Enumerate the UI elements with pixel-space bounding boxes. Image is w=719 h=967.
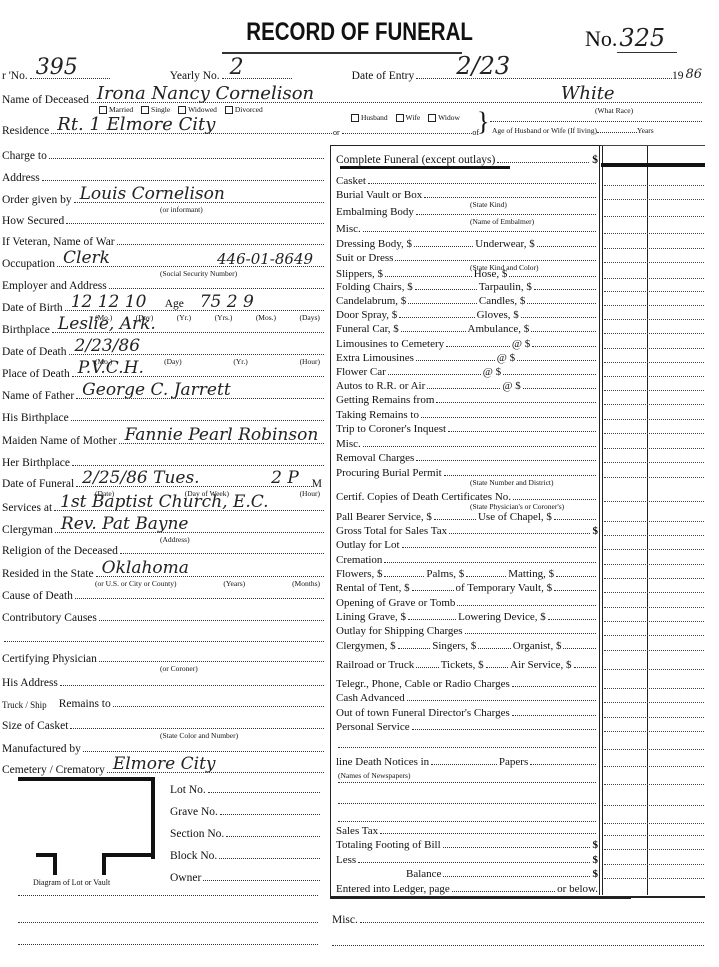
charge-field[interactable] [534, 289, 596, 290]
lot-diagram-caption: Diagram of Lot or Vault [33, 878, 110, 887]
charge-field[interactable] [530, 764, 596, 765]
charge-row-personal-service: Personal Service [336, 720, 598, 733]
charge-label: Palms, $ [426, 568, 464, 580]
field-row-if-veteran-name-of-war: If Veteran, Name of War [2, 228, 324, 248]
place-of-death-field[interactable]: P.V.C.H. [72, 375, 324, 377]
lot-field-block-no: Block No. [170, 842, 320, 862]
charge-field[interactable] [338, 782, 596, 783]
amount-line[interactable] [604, 687, 704, 689]
charge-row-totaling-footing-of-bill: Totaling Footing of Bill$ [336, 838, 598, 851]
charge-label: Tickets, $ [441, 659, 484, 671]
amount-line[interactable] [604, 877, 704, 879]
field-row-how-secured: How Secured [2, 207, 324, 227]
charge-label: Hose, $ [474, 268, 508, 280]
charge-label: Clergymen, $ [336, 640, 396, 652]
charge-row-cash-advanced: Cash Advanced [336, 691, 598, 704]
date-of-funeral-field[interactable]: 2/25/86 Tues.2 P [76, 485, 312, 487]
charge-field[interactable] [427, 388, 500, 389]
charge-field[interactable] [563, 648, 596, 649]
charge-label: Dressing Body, $ [336, 238, 412, 250]
charge-field[interactable] [452, 891, 555, 892]
charge-row-suit-or-dress: Suit or Dress [336, 251, 598, 264]
certifying-physician-field[interactable] [99, 660, 324, 662]
of-label: of [472, 128, 479, 137]
services-at-label: Services at [2, 502, 52, 514]
blank-field[interactable] [4, 640, 324, 642]
charge-field[interactable] [574, 667, 596, 668]
amount-line[interactable] [604, 215, 704, 217]
charge-row-out-of-town-funeral-director-s-charges: Out of town Funeral Director's Charges [336, 706, 598, 719]
amount-line[interactable] [604, 447, 704, 449]
charge-field[interactable] [554, 590, 596, 591]
maiden-name-of-mother-field[interactable]: Fannie Pearl Robinson [119, 442, 324, 444]
amount-line[interactable] [604, 848, 704, 850]
date-of-birth-label: Date of Birth [2, 302, 63, 314]
record-number-value[interactable]: 325 [617, 24, 677, 53]
charge-label: Cash Advanced [336, 692, 405, 704]
charge-row-dressing-body: Dressing Body, $Underwear, $ [336, 237, 598, 250]
amount-line[interactable] [604, 577, 704, 579]
if-veteran-name-of-war-field[interactable] [117, 243, 324, 245]
age-value: 75 2 9 [200, 292, 254, 312]
charge-label: Totaling Footing of Bill [336, 839, 441, 851]
order-given-by-field[interactable]: Louis Cornelison [74, 201, 324, 203]
charge-field[interactable] [503, 374, 596, 375]
charge-field[interactable] [448, 431, 596, 432]
clergyman-field[interactable]: Rev. Pat Bayne [55, 531, 324, 533]
charge-field[interactable] [512, 715, 596, 716]
date-of-funeral-label: Date of Funeral [2, 478, 74, 490]
charge-field[interactable] [436, 402, 596, 403]
charge-label: Lowering Device, $ [458, 611, 546, 623]
amount-column-top [601, 145, 705, 146]
charge-field[interactable] [548, 619, 596, 620]
charge-field[interactable] [408, 303, 477, 304]
bottom-line-2[interactable] [18, 922, 318, 923]
religion-of-the-deceased-label: Religion of the Deceased [2, 545, 118, 557]
charge-label: Door Spray, $ [336, 309, 397, 321]
charge-label: Misc. [336, 438, 361, 450]
field-row-employer-and-address: Employer and Address [2, 272, 324, 292]
charge-field[interactable] [513, 499, 596, 500]
charge-to-label: Charge to [2, 150, 47, 162]
amount-line[interactable] [604, 620, 704, 622]
charge-row-slippers: Slippers, $Hose, $ [336, 267, 598, 280]
charge-field[interactable] [363, 446, 596, 447]
charge-row-sales-tax: Sales Tax [336, 824, 598, 837]
occupation-label: Occupation [2, 258, 55, 270]
age-spouse-field[interactable] [597, 132, 637, 133]
record-number: No.325 [585, 24, 677, 52]
charge-row-burial-vault-or-box: Burial Vault or Box [336, 188, 598, 201]
charge-field[interactable] [401, 331, 466, 332]
charge-field[interactable] [412, 729, 596, 730]
charge-field[interactable] [414, 246, 473, 247]
amount-line[interactable] [604, 804, 704, 806]
charge-field[interactable] [486, 667, 508, 668]
name-of-deceased-label: Name of Deceased [2, 94, 89, 106]
charge-field[interactable] [412, 590, 454, 591]
field-row-place-of-death: Place of DeathP.V.C.H. [2, 360, 324, 380]
charge-field[interactable] [554, 519, 596, 520]
amount-line[interactable] [604, 606, 704, 608]
charge-field[interactable] [457, 605, 596, 606]
charge-field[interactable] [431, 764, 497, 765]
amount-line[interactable] [604, 261, 704, 263]
his-address-field[interactable] [60, 684, 324, 686]
charge-label: Opening of Grave or Tomb [336, 597, 455, 609]
field-row-contributory-causes: Contributory Causes [2, 604, 324, 624]
amount-line[interactable] [604, 783, 704, 785]
charge-field[interactable] [449, 533, 589, 534]
dollar-sign: $ [593, 868, 599, 880]
clergyman-value: Rev. Pat Bayne [61, 514, 189, 534]
amount-line[interactable] [604, 277, 704, 279]
misc-bottom-row: Misc. [332, 906, 704, 926]
owner-field[interactable] [203, 879, 320, 881]
amount-line[interactable] [604, 748, 704, 750]
charge-field[interactable] [363, 231, 596, 232]
amount-line[interactable] [604, 649, 704, 651]
charge-row-getting-remains-from: Getting Remains from [336, 393, 598, 406]
charge-field[interactable] [465, 633, 596, 634]
amount-line[interactable] [604, 476, 704, 478]
owner-label: Owner [170, 872, 201, 884]
charge-field[interactable] [416, 214, 596, 215]
resided-in-the-state-value: Oklahoma [102, 558, 189, 578]
charge-label: Candles, $ [479, 295, 525, 307]
amount-line[interactable] [604, 634, 704, 636]
date-of-death-value: 2/23/86 [75, 336, 141, 356]
charge-label: Outlay for Lot [336, 539, 400, 551]
charge-row-complete-funeral-except-outlays: Complete Funeral (except outlays)$ [336, 153, 598, 166]
charge-row-outlay-for-shipping-charges: Outlay for Shipping Charges [336, 624, 598, 637]
contributory-causes-label: Contributory Causes [2, 612, 97, 624]
amount-line[interactable] [604, 863, 704, 865]
title-underline [222, 52, 462, 54]
amount-line[interactable] [604, 730, 704, 732]
charge-label: Burial Vault or Box [336, 189, 422, 201]
charge-field[interactable] [416, 360, 495, 361]
or-label: or [333, 128, 340, 137]
charge-field[interactable] [424, 197, 596, 198]
charge-field[interactable] [443, 847, 590, 848]
charge-field[interactable] [466, 576, 506, 577]
charge-label: Candelabrum, $ [336, 295, 406, 307]
charge-label: Papers [499, 756, 528, 768]
charge-to-field[interactable] [49, 157, 324, 159]
amount-line[interactable] [604, 184, 704, 186]
charge-field[interactable] [402, 547, 596, 548]
bottom-line-3[interactable] [18, 944, 318, 945]
charge-row-funeral-car: Funeral Car, $Ambulance, $ [336, 322, 598, 335]
divorced-label: Divorced [235, 105, 263, 114]
charge-field[interactable] [532, 346, 596, 347]
spouse-name-field[interactable] [342, 132, 473, 134]
clergyman-label: Clergyman [2, 524, 53, 536]
lot-field-grave-no: Grave No. [170, 798, 320, 818]
charge-field[interactable] [384, 576, 424, 577]
charge-field[interactable] [434, 519, 476, 520]
race-value: White [561, 83, 615, 104]
charge-row-cremation: Cremation [336, 553, 598, 566]
place-of-death-value: P.V.C.H. [78, 358, 144, 378]
charge-field[interactable] [398, 648, 431, 649]
year-value[interactable]: 86 [685, 67, 702, 82]
charge-field[interactable] [338, 803, 596, 804]
name-of-deceased-value: Irona Nancy Cornelison [97, 83, 314, 104]
birthplace-label: Birthplace [2, 324, 50, 336]
charge-field[interactable] [444, 475, 596, 476]
amount-line[interactable] [604, 318, 704, 320]
charge-field[interactable] [385, 276, 472, 277]
charge-row-candelabrum: Candelabrum, $Candles, $ [336, 294, 598, 307]
her-birthplace-label: Her Birthplace [2, 457, 70, 469]
amount-line[interactable] [604, 403, 704, 405]
field-row-date-of-birth: Date of Birth12 12 10Age75 2 9 [2, 294, 324, 314]
charge-field[interactable] [407, 700, 596, 701]
charge-field[interactable] [384, 562, 596, 563]
field-row-cause-of-death: Cause of Death [2, 582, 324, 602]
amount-line[interactable] [604, 591, 704, 593]
charge-row-procuring-burial-permit: Procuring Burial Permit [336, 466, 598, 479]
date-of-death-field[interactable]: 2/23/86 [69, 353, 325, 355]
how-secured-field[interactable] [66, 222, 324, 224]
religion-of-the-deceased-field[interactable] [120, 552, 324, 554]
amount-line[interactable] [604, 668, 704, 670]
amount-column-thick-rule [601, 163, 705, 167]
amount-line[interactable] [604, 304, 704, 306]
amount-line[interactable] [604, 432, 704, 434]
divorced-checkbox[interactable] [225, 106, 233, 114]
charge-label: Out of town Funeral Director's Charges [336, 707, 510, 719]
amount-line[interactable] [604, 701, 704, 703]
amount-line[interactable] [604, 834, 704, 836]
amount-line[interactable] [604, 361, 704, 363]
charge-label: Getting Remains from [336, 394, 434, 406]
charge-row-autos-to-r-r-or-air: Autos to R.R. or Air@ $ [336, 379, 598, 392]
bottom-line-1[interactable] [18, 895, 318, 896]
charge-field[interactable] [358, 862, 589, 863]
birthplace-field[interactable]: Leslie, Ark. [52, 331, 324, 333]
how-secured-label: How Secured [2, 215, 64, 227]
charge-label: or below. [557, 883, 598, 895]
cause-of-death-field[interactable] [75, 597, 324, 599]
no-label: r 'No. [2, 70, 28, 82]
charge-row-balance: Balance$ [336, 867, 598, 880]
contributory-causes-field[interactable] [99, 619, 324, 621]
birthplace-value: Leslie, Ark. [58, 314, 156, 334]
cemetery-crematory-value: Elmore City [113, 754, 216, 774]
charge-label: Organist, $ [513, 640, 562, 652]
occupation-value: Clerk [63, 248, 110, 268]
charge-field[interactable] [395, 260, 596, 261]
amount-line[interactable] [604, 418, 704, 420]
certifying-physician-label: Certifying Physician [2, 653, 97, 665]
if-veteran-name-of-war-label: If Veteran, Name of War [2, 236, 115, 248]
spouse-age-line[interactable] [490, 121, 702, 122]
charge-label: Pall Bearer Service, $ [336, 511, 432, 523]
order-given-by-value: Louis Cornelison [80, 184, 225, 204]
charge-field[interactable] [517, 360, 596, 361]
field-row-her-birthplace: Her Birthplace [2, 449, 324, 469]
amount-line[interactable] [604, 716, 704, 718]
lot-no-field[interactable] [208, 791, 320, 793]
amount-line[interactable] [604, 500, 704, 502]
no-field[interactable]: 395 [30, 77, 110, 79]
date-of-funeral-value: 2/25/86 Tues. [82, 468, 199, 488]
amount-line[interactable] [604, 375, 704, 377]
grave-no-field[interactable] [220, 813, 320, 815]
charge-field[interactable] [421, 417, 596, 418]
charge-label: Use of Chapel, $ [478, 511, 552, 523]
charge-field[interactable] [416, 667, 438, 668]
charge-field[interactable] [415, 289, 477, 290]
section-no-label: Section No. [170, 828, 224, 840]
charge-label: Gross Total for Sales Tax [336, 525, 447, 537]
charge-label: Outlay for Shipping Charges [336, 625, 463, 637]
charge-field[interactable] [338, 821, 596, 822]
amount-line[interactable] [604, 822, 704, 824]
cemetery-crematory-label: Cemetery / Crematory [2, 764, 105, 776]
field-row-cemetery-crematory: Cemetery / CrematoryElmore City [2, 756, 324, 776]
charge-label: Autos to R.R. or Air [336, 380, 425, 392]
charge-label: Matting, $ [508, 568, 554, 580]
manufactured-by-field[interactable] [83, 750, 324, 752]
date-of-birth-field[interactable]: 12 12 10Age75 2 9 [65, 309, 324, 311]
name-of-father-field[interactable]: George C. Jarrett [76, 397, 324, 399]
age-label: Age [165, 298, 184, 310]
charge-row-outlay-for-lot: Outlay for Lot [336, 538, 598, 551]
cause-of-death-label: Cause of Death [2, 590, 73, 602]
amount-line[interactable] [604, 232, 704, 234]
section-no-field[interactable] [226, 835, 320, 837]
charge-label: Rental of Tent, $ [336, 582, 410, 594]
record-number-label: No. [585, 26, 617, 51]
charge-field[interactable] [512, 686, 596, 687]
charge-label: Casket [336, 175, 366, 187]
amount-line[interactable] [604, 548, 704, 550]
lot-diagram [18, 777, 155, 859]
charge-field[interactable] [443, 876, 589, 877]
amount-line[interactable] [604, 461, 704, 463]
charge-label: @ $ [512, 338, 530, 350]
employer-and-address-field[interactable] [109, 287, 324, 289]
amount-line[interactable] [604, 247, 704, 249]
amount-line[interactable] [604, 520, 704, 522]
field-row-address: Address [2, 164, 324, 184]
block-no-field[interactable] [219, 857, 320, 859]
charge-label: Folding Chairs, $ [336, 281, 413, 293]
charge-label: of Temporary Vault, $ [456, 582, 553, 594]
charge-row-extra-limousines: Extra Limousines@ $ [336, 351, 598, 364]
charge-field[interactable] [478, 648, 511, 649]
cemetery-crematory-field[interactable]: Elmore City [107, 771, 324, 773]
charge-field[interactable] [338, 747, 596, 748]
charge-row-telegr-phone-cable-or-radio-charges: Telegr., Phone, Cable or Radio Charges [336, 677, 598, 690]
yearly-no-field[interactable]: 2 [222, 77, 292, 79]
charge-field[interactable] [556, 576, 596, 577]
charge-row-blank [336, 738, 598, 751]
charge-field[interactable] [446, 346, 510, 347]
charge-label: Air Service, $ [510, 659, 571, 671]
field-row-charge-to: Charge to [2, 142, 324, 162]
no-value: 395 [36, 55, 78, 80]
resided-in-the-state-field[interactable]: Oklahoma [96, 575, 324, 577]
his-birthplace-field[interactable] [71, 419, 324, 421]
charge-row-less: Less$ [336, 853, 598, 866]
size-of-casket-label: Size of Casket [2, 720, 68, 732]
field-row-blank [2, 625, 324, 645]
charge-label: Personal Service [336, 721, 410, 733]
married-label: Married [109, 105, 133, 114]
size-of-casket-field[interactable] [70, 727, 324, 729]
charge-field[interactable] [531, 331, 596, 332]
name-of-deceased-field[interactable]: Irona Nancy CornelisonWhite [91, 101, 702, 103]
amount-line[interactable] [604, 347, 704, 349]
amount-line[interactable] [604, 389, 704, 391]
charge-field[interactable] [368, 183, 596, 184]
amount-line[interactable] [604, 563, 704, 565]
residence-field[interactable]: Rt. 1 Elmore City [51, 132, 332, 134]
misc-bottom-field[interactable] [360, 921, 704, 923]
charge-row-line-death-notices-in: line Death Notices inPapers [336, 755, 598, 768]
field-row-manufactured-by: Manufactured by [2, 735, 324, 755]
charge-label: Limousines to Cemetery [336, 338, 444, 350]
amount-line[interactable] [604, 332, 704, 334]
residence-row: Residence Rt. 1 Elmore City [2, 117, 332, 137]
charge-row-blank [336, 794, 598, 807]
charge-field[interactable] [399, 317, 474, 318]
charge-field[interactable] [380, 833, 596, 834]
date-of-entry-label: Date of Entry [352, 70, 415, 82]
manufactured-by-label: Manufactured by [2, 743, 81, 755]
services-at-value: 1st Baptist Church, E.C. [60, 492, 268, 512]
charge-field[interactable] [523, 388, 596, 389]
charge-field[interactable] [497, 162, 589, 163]
date-of-entry-field[interactable]: 2/23 [416, 77, 672, 79]
amount-line[interactable] [604, 765, 704, 767]
misc-bottom-line-2[interactable] [332, 945, 704, 946]
charge-field[interactable] [408, 619, 456, 620]
occupation-field[interactable]: Clerk446-01-8649 [57, 265, 324, 267]
charge-field[interactable] [537, 246, 596, 247]
charge-field[interactable] [509, 276, 596, 277]
name-of-father-value: George C. Jarrett [82, 380, 230, 400]
misc-bottom-label: Misc. [332, 914, 358, 926]
charge-label: Procuring Burial Permit [336, 467, 442, 479]
amount-line[interactable] [604, 534, 704, 536]
date-of-death-label: Date of Death [2, 346, 67, 358]
field-row-remains-to: Truck / ShipRemains to [2, 690, 324, 710]
amount-line[interactable] [604, 290, 704, 292]
charge-label: Balance [406, 868, 441, 880]
funeral-hour-value: 2 P [271, 468, 299, 488]
her-birthplace-field[interactable] [72, 464, 324, 466]
field-row-certifying-physician: Certifying Physician [2, 645, 324, 665]
charge-field[interactable] [416, 460, 596, 461]
charge-row-embalming-body: Embalming Body [336, 205, 598, 218]
services-at-field[interactable]: 1st Baptist Church, E.C. [54, 509, 324, 511]
charge-label: Extra Limousines [336, 352, 414, 364]
charge-field[interactable] [527, 303, 596, 304]
address-field[interactable] [42, 179, 324, 181]
charge-label: Entered into Ledger, page [336, 883, 450, 895]
amount-line[interactable] [604, 198, 704, 200]
charge-field[interactable] [388, 374, 481, 375]
charge-field[interactable] [521, 317, 596, 318]
remains-to-field[interactable] [113, 705, 324, 707]
